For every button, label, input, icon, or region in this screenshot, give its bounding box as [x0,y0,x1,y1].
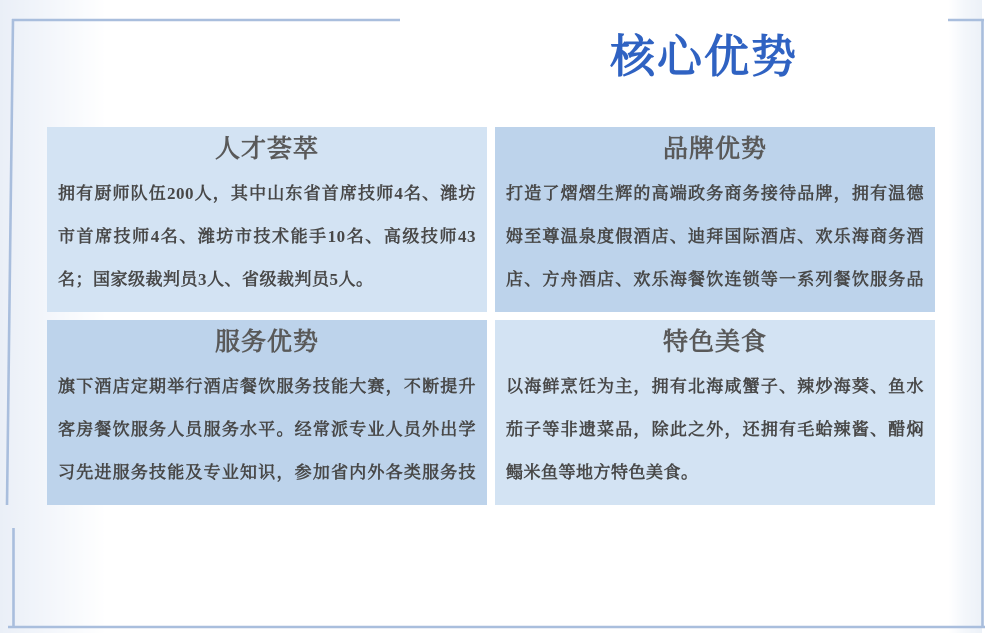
frame-left-upper-line [7,19,13,505]
card-service: 服务优势 旗下酒店定期举行酒店餐饮服务技能大赛，不断提升客房餐饮服务人员服务水平… [47,320,487,505]
card-talent-title: 人才荟萃 [47,127,487,167]
card-talent-body: 拥有厨师队伍200人，其中山东省首席技师4名、潍坊市首席技师4名、潍坊市技术能手… [47,167,487,301]
card-food-title: 特色美食 [495,320,935,360]
card-brand-title: 品牌优势 [495,127,935,167]
slide: 核心优势 人才荟萃 拥有厨师队伍200人，其中山东省首席技师4名、潍坊市首席技师… [0,0,988,633]
card-brand: 品牌优势 打造了熠熠生辉的高端政务商务接待品牌，拥有温德姆至尊温泉度假酒店、迪拜… [495,127,935,312]
advantage-card-grid: 人才荟萃 拥有厨师队伍200人，其中山东省首席技师4名、潍坊市首席技师4名、潍坊… [47,127,935,505]
card-service-body: 旗下酒店定期举行酒店餐饮服务技能大赛，不断提升客房餐饮服务人员服务水平。经常派专… [47,360,487,505]
card-food: 特色美食 以海鲜烹饪为主，拥有北海咸蟹子、辣炒海葵、鱼水茄子等非遗菜品，除此之外… [495,320,935,505]
card-brand-body: 打造了熠熠生辉的高端政务商务接待品牌，拥有温德姆至尊温泉度假酒店、迪拜国际酒店、… [495,167,935,312]
card-service-title: 服务优势 [47,320,487,360]
page-title: 核心优势 [528,31,880,83]
card-talent: 人才荟萃 拥有厨师队伍200人，其中山东省首席技师4名、潍坊市首席技师4名、潍坊… [47,127,487,312]
card-food-body: 以海鲜烹饪为主，拥有北海咸蟹子、辣炒海葵、鱼水茄子等非遗菜品，除此之外，还拥有毛… [495,360,935,494]
